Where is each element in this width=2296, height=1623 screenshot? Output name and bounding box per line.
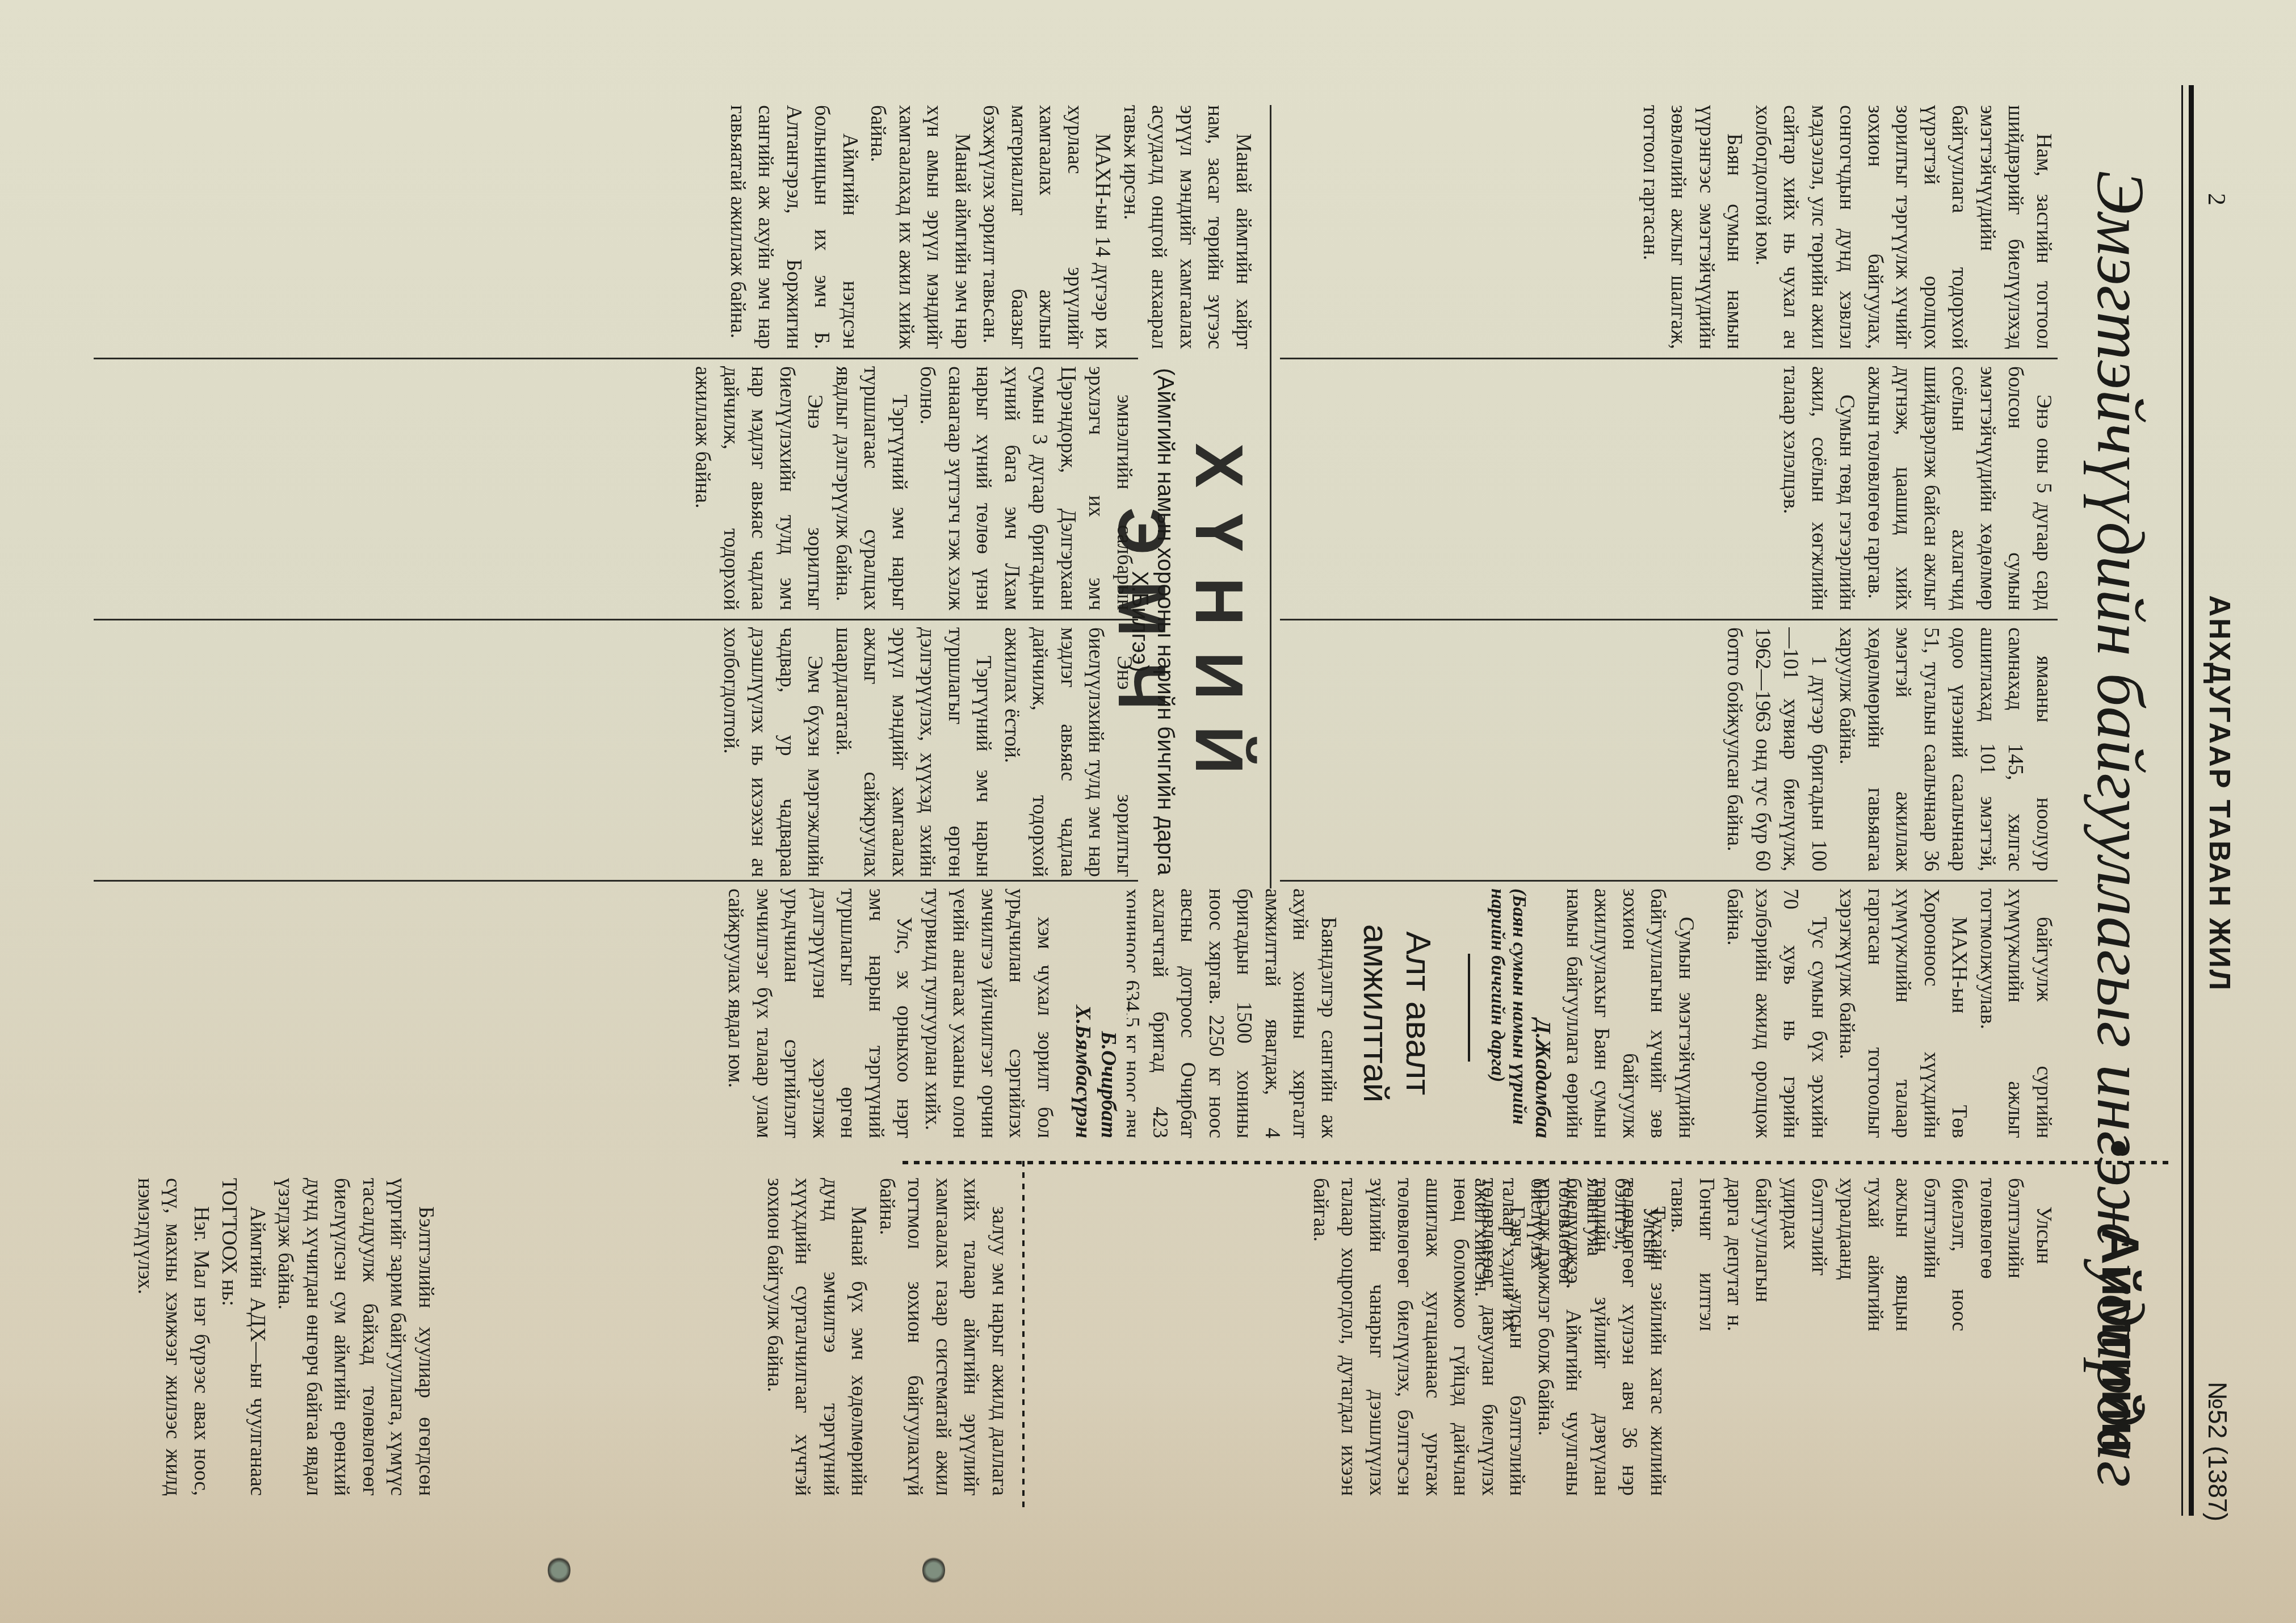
bullet-dot bbox=[2111, 1141, 2126, 1156]
column-rule bbox=[1280, 358, 2058, 359]
doctor-column-2: эмнэлгийн салбарын эрхлэгч их эмч Цэрэнд… bbox=[99, 366, 1138, 610]
page-number: 2 bbox=[2202, 85, 2231, 206]
newspaper-page: 2 АНХДУГААР ТАВАН ЖИЛ №52 (1387) Эмэгтэй… bbox=[0, 0, 2296, 1623]
wavy-divider bbox=[897, 1161, 2168, 1164]
aimag-headline: Аймгийн bbox=[2066, 1181, 2174, 1499]
binding-hole bbox=[548, 1555, 570, 1585]
gold-text: Сумын эмэгтэйчүүдийн байгууллагын хүчийг… bbox=[1558, 888, 1700, 1138]
byline-2: Х.Бямбасүрэн bbox=[1071, 888, 1095, 1138]
gold-body: Баяндэлгэр сангийн аж ахуйн хонины хярга… bbox=[1127, 888, 1342, 1138]
column-rule bbox=[94, 880, 1138, 882]
masthead: 2 АНХДУГААР ТАВАН ЖИЛ №52 (1387) bbox=[2202, 85, 2270, 1544]
women-column-3: ямааны ноолуур самнахад 145, хялгас ашиг… bbox=[1274, 627, 2058, 871]
signature-role: (Баян сумын намын үүрийн нарийн бичгийн … bbox=[1487, 888, 1530, 1138]
women-column-2: Энэ оны 5 дугаар сард болсон сумын эмэгт… bbox=[1274, 366, 2058, 610]
series-title: АНХДУГААР ТАВАН ЖИЛ bbox=[2202, 595, 2236, 992]
doctor-column-1: Манай аймгийн хайрт нам, засаг төрийн зү… bbox=[99, 105, 1257, 349]
wavy-divider-horizontal bbox=[1022, 1161, 1025, 1513]
doctor-column-3: Энэ зорилтыг биелүүлэхийн тулд эмч нар м… bbox=[99, 627, 1138, 877]
column-rule bbox=[94, 358, 1138, 359]
gold-title-1: Алт авалт bbox=[1397, 888, 1439, 1138]
aimag-column-4: Бэлтгэлийн хуулиар өгөгдсөн үүргийг зари… bbox=[99, 1178, 440, 1496]
gold-title-2: амжилттай bbox=[1354, 888, 1396, 1138]
byline-1: Б.Очирбат bbox=[1096, 888, 1121, 1138]
column-rule bbox=[94, 619, 1138, 620]
column-rule bbox=[1280, 619, 2058, 620]
women-column-4: байгуулж сургийн хүмүүжлийн ажлыг тогтмо… bbox=[1706, 888, 2058, 1138]
women-column-1: Нам, засгийн тогтоол шийдвэрийг биелүүлэ… bbox=[1274, 105, 2058, 349]
binding-hole bbox=[922, 1555, 945, 1585]
signature: Д.Жадамбаа bbox=[1530, 888, 1555, 1138]
column-rule bbox=[1280, 880, 2058, 882]
doctor-column-4: хэм чухал зорилт бол урьдчилан сэргийлэх… bbox=[99, 888, 1059, 1138]
issue-number: №52 (1387) bbox=[2202, 1382, 2233, 1544]
section-divider bbox=[1270, 105, 1271, 888]
masthead-rule bbox=[2181, 85, 2194, 1516]
aimag-column-2: Тухайн зэйлийн хагас жилийн төлөвлөгөөг … bbox=[1030, 1178, 1672, 1496]
ornament-divider bbox=[1468, 954, 1470, 1062]
women-headline: Эмэгтэйчүүдийн байгууллагыг ингэж удирда… bbox=[2066, 170, 2174, 1107]
aimag-column-3: залуу эмч нарыг ажилд даллага хийх талаа… bbox=[446, 1178, 1013, 1496]
